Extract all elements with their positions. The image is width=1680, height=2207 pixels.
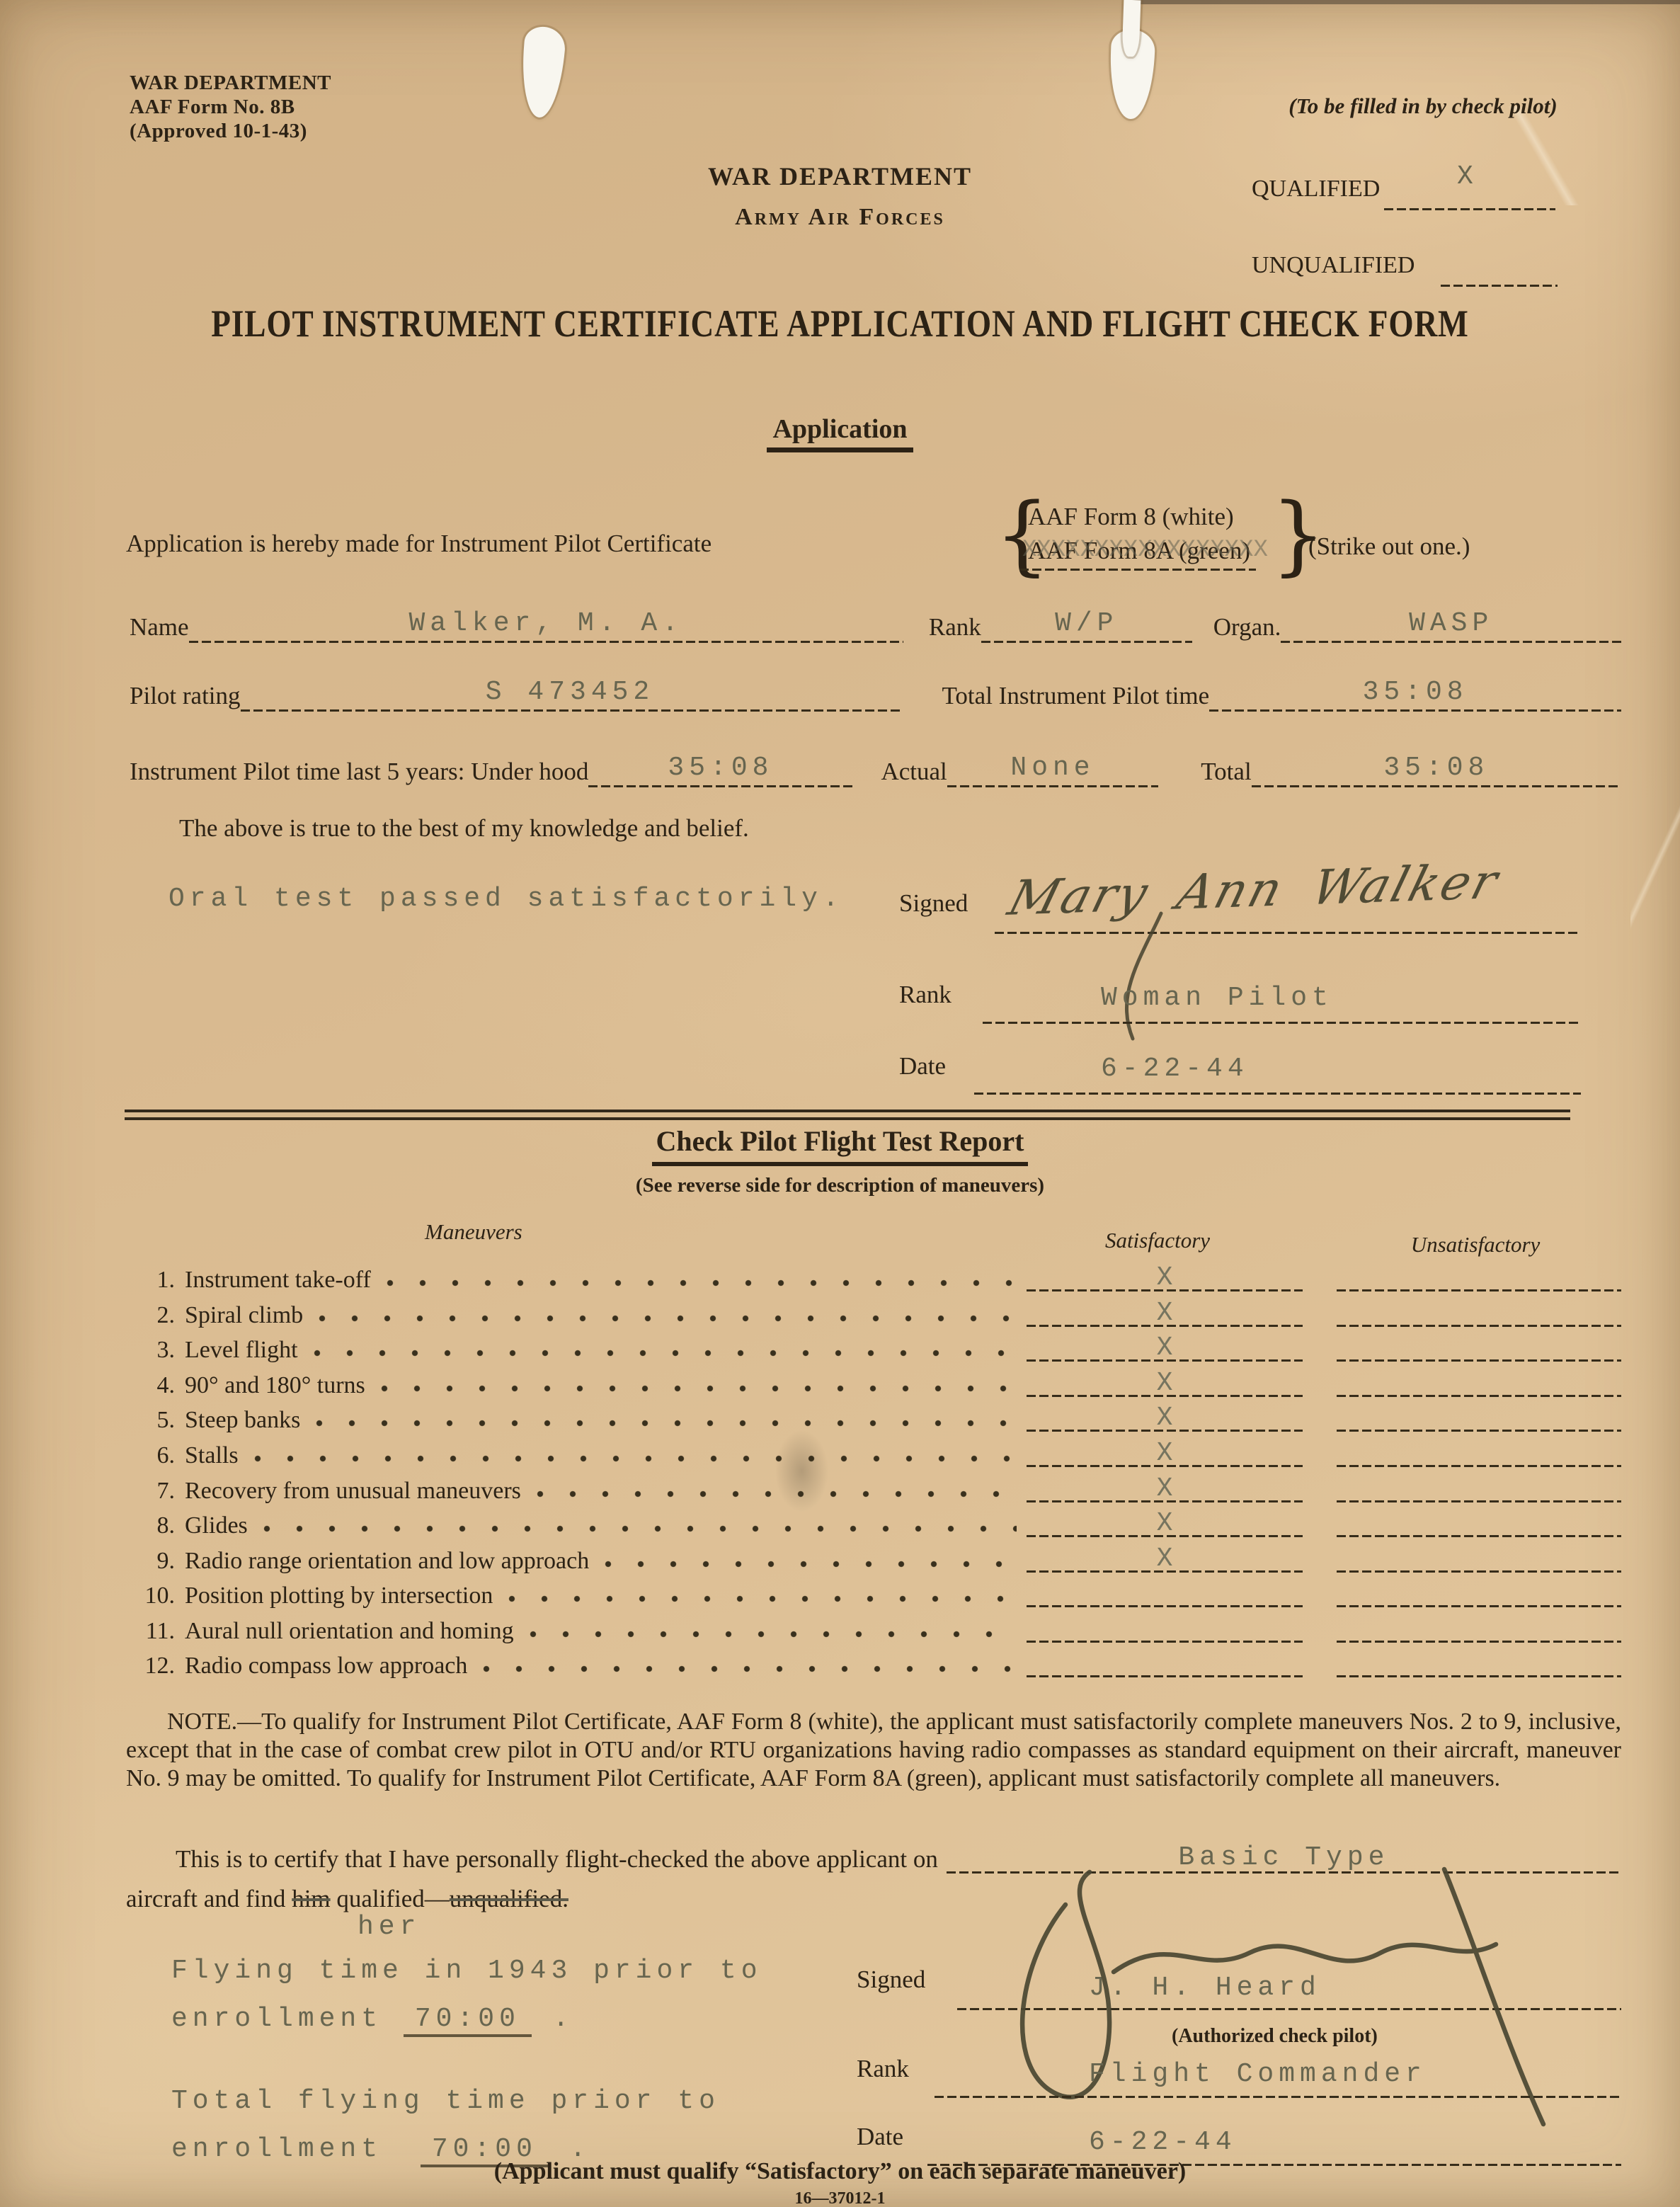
total-flying-time-line1: Total flying time prior to <box>171 2086 720 2116</box>
header-army-air-forces: Army Air Forces <box>0 204 1680 231</box>
maneuver-row-9: 9. Radio range orientation and low appro… <box>130 1543 1621 1577</box>
dot-leader <box>481 1664 1017 1673</box>
certify-text-1: This is to certify that I have personall… <box>126 1845 938 1874</box>
applicant-signature-line <box>995 932 1581 934</box>
satisfactory-cell: X <box>1027 1402 1303 1436</box>
unsatisfactory-cell <box>1337 1507 1621 1541</box>
applicant-rank-value: Woman Pilot <box>1101 983 1333 1013</box>
maneuver-row-7: 7. Recovery from unusual maneuvers X <box>130 1473 1621 1507</box>
maneuver-row-3: 3. Level flight X <box>130 1332 1621 1366</box>
maneuver-number: 8. <box>130 1510 175 1541</box>
maneuver-label: Recovery from unusual maneuvers <box>185 1476 521 1507</box>
report-subheading: (See reverse side for description of man… <box>0 1174 1680 1197</box>
maneuver-label: Instrument take-off <box>185 1265 371 1296</box>
satisfactory-cell: X <box>1027 1297 1303 1331</box>
total-instrument-time-label: Total Instrument Pilot time <box>942 679 1210 713</box>
form-title: PILOT INSTRUMENT CERTIFICATE APPLICATION… <box>211 302 1469 346</box>
rank-field: W/P <box>981 608 1192 644</box>
punch-hole-left <box>518 25 567 120</box>
unsatisfactory-cell <box>1337 1402 1621 1436</box>
dot-leader <box>379 1384 1017 1393</box>
scanned-form-paper: WAR DEPARTMENT AAF Form No. 8B (Approved… <box>0 0 1680 2207</box>
maneuver-row-12: 12. Radio compass low approach <box>130 1648 1621 1682</box>
rank-label: Rank <box>929 610 981 644</box>
header-war-department: WAR DEPARTMENT <box>0 161 1680 191</box>
satisfactory-mark: X <box>1027 1298 1303 1328</box>
unsatisfactory-cell <box>1337 1437 1621 1471</box>
col-header-satisfactory: Satisfactory <box>1019 1228 1296 1253</box>
satisfactory-mark: X <box>1027 1438 1303 1469</box>
satisfactory-cell <box>1027 1613 1303 1647</box>
maneuver-number: 11. <box>130 1616 175 1647</box>
pilot-rating-field: S 473452 <box>241 676 900 713</box>
unsatisfactory-cell <box>1337 1473 1621 1507</box>
option-form-8-white: AAF Form 8 (white) <box>1028 500 1250 534</box>
maneuver-number: 3. <box>130 1335 175 1366</box>
dot-leader <box>314 1418 1017 1427</box>
unsatisfactory-cell <box>1337 1648 1621 1682</box>
dot-leader <box>507 1594 1017 1603</box>
application-heading-wrap: Application <box>0 414 1680 452</box>
total-instrument-time-field: 35:08 <box>1209 676 1621 713</box>
maneuver-number: 4. <box>130 1370 175 1401</box>
total-label: Total <box>1201 755 1251 789</box>
unsatisfactory-cell <box>1337 1297 1621 1331</box>
strike-out-instruction: (Strike out one.) <box>1308 532 1470 561</box>
section-divider-top <box>125 1110 1570 1112</box>
maneuver-label: Level flight <box>185 1335 298 1366</box>
satisfactory-mark: X <box>1027 1262 1303 1293</box>
report-heading: Check Pilot Flight Test Report <box>652 1124 1029 1166</box>
col-header-unsatisfactory: Unsatisfactory <box>1330 1232 1621 1258</box>
unsatisfactory-cell <box>1337 1578 1621 1612</box>
maneuver-label: Position plotting by intersection <box>185 1580 493 1612</box>
dot-leader <box>317 1313 1017 1323</box>
maneuver-number: 2. <box>130 1300 175 1331</box>
maneuver-number: 12. <box>130 1650 175 1682</box>
unsatisfactory-cell <box>1337 1367 1621 1401</box>
under-hood-field: 35:08 <box>588 752 852 789</box>
maneuver-label: Steep banks <box>185 1405 300 1436</box>
satisfactory-cell <box>1027 1578 1303 1612</box>
truth-statement: The above is true to the best of my know… <box>179 814 749 843</box>
last-5-years-label: Instrument Pilot time last 5 years: Unde… <box>130 755 588 789</box>
name-label: Name <box>130 610 189 644</box>
total-value: 35:08 <box>1383 753 1489 783</box>
applicant-rank-label: Rank <box>899 981 952 1009</box>
form-id-stamp: WAR DEPARTMENT AAF Form No. 8B (Approved… <box>130 71 331 143</box>
satisfactory-cell: X <box>1027 1437 1303 1471</box>
him-word-struck: him <box>292 1885 330 1912</box>
actual-field: None <box>947 752 1158 789</box>
satisfactory-cell: X <box>1027 1367 1303 1401</box>
satisfactory-cell <box>1027 1648 1303 1682</box>
dot-leader <box>253 1454 1017 1463</box>
satisfactory-mark: X <box>1027 1368 1303 1398</box>
col-header-maneuvers: Maneuvers <box>425 1219 522 1245</box>
check-pilot-signed-label: Signed <box>857 1966 925 1994</box>
maneuver-number: 6. <box>130 1440 175 1471</box>
name-field: Walker, M. A. <box>189 608 903 644</box>
certify-line-2: aircraft and find him qualified—unqualif… <box>126 1885 568 1913</box>
satisfactory-mark: X <box>1027 1333 1303 1363</box>
maneuver-row-6: 6. Stalls X <box>130 1437 1621 1471</box>
unsatisfactory-cell <box>1337 1262 1621 1296</box>
check-pilot-rank-label: Rank <box>857 2055 909 2083</box>
unsatisfactory-cell <box>1337 1332 1621 1366</box>
maneuver-label: Aural null orientation and homing <box>185 1616 514 1647</box>
satisfactory-cell: X <box>1027 1332 1303 1366</box>
check-pilot-fill-note: (To be filled in by check pilot) <box>1274 92 1572 120</box>
actual-label: Actual <box>881 755 947 789</box>
maneuver-row-5: 5. Steep banks X <box>130 1402 1621 1436</box>
pilot-rating-label: Pilot rating <box>130 679 241 713</box>
applicant-date-value: 6-22-44 <box>1101 1054 1249 1084</box>
check-pilot-signature-scrawl <box>945 1841 1596 2145</box>
dot-leader <box>262 1524 1017 1533</box>
satisfactory-cell: X <box>1027 1507 1303 1541</box>
applicant-rank-line <box>983 1022 1581 1024</box>
organ-value: WASP <box>1409 608 1493 639</box>
applicant-signed-label: Signed <box>899 889 968 918</box>
flying-time-1943-line2: enrollment 70:00 . <box>171 2004 574 2034</box>
report-heading-wrap: Check Pilot Flight Test Report <box>0 1124 1680 1166</box>
certify-text-2: aircraft and find <box>126 1885 285 1912</box>
application-intro: Application is hereby made for Instrumen… <box>126 530 712 558</box>
maneuver-row-2: 2. Spiral climb X <box>130 1297 1621 1331</box>
unsatisfactory-cell <box>1337 1543 1621 1577</box>
option-strikeout-xs: XXXXXXXXXXXXXXXXX <box>1022 537 1268 564</box>
unqualified-word-struck: unqualified. <box>450 1885 568 1912</box>
maneuver-number: 7. <box>130 1476 175 1507</box>
form-title-wrap: PILOT INSTRUMENT CERTIFICATE APPLICATION… <box>0 302 1680 346</box>
unqualified-label: UNQUALIFIED <box>1252 252 1415 279</box>
applicant-date-label: Date <box>899 1052 946 1080</box>
print-code: 16—37012-1 <box>0 2189 1680 2207</box>
satisfactory-mark: X <box>1027 1403 1303 1433</box>
maneuver-row-1: 1. Instrument take-off X <box>130 1262 1621 1296</box>
satisfactory-cell: X <box>1027 1543 1303 1577</box>
maneuver-row-8: 8. Glides X <box>130 1507 1621 1541</box>
satisfactory-mark: X <box>1027 1473 1303 1504</box>
maneuver-number: 5. <box>130 1405 175 1436</box>
certificate-options: AAF Form 8 (white) AAF Form 8A (green) X… <box>1028 500 1250 568</box>
dot-leader <box>535 1489 1017 1498</box>
qualified-word: qualified <box>336 1885 424 1912</box>
applicant-date-line <box>974 1093 1581 1095</box>
maneuver-label: Stalls <box>185 1440 239 1471</box>
period: . <box>553 2004 574 2034</box>
flying-time-1943-line1: Flying time in 1943 prior to <box>171 1956 762 1986</box>
organ-label: Organ. <box>1213 610 1281 644</box>
maneuver-number: 9. <box>130 1546 175 1577</box>
satisfactory-mark: X <box>1027 1508 1303 1539</box>
dot-leader <box>312 1348 1017 1357</box>
oral-test-note: Oral test passed satisfactorily. <box>168 884 844 914</box>
dot-leader <box>528 1629 1017 1638</box>
dot-leader <box>385 1278 1017 1287</box>
satisfactory-cell: X <box>1027 1262 1303 1296</box>
organ-field: WASP <box>1281 608 1621 644</box>
stamp-approved: (Approved 10-1-43) <box>130 119 331 143</box>
unqualified-line <box>1441 285 1558 287</box>
maneuver-label: Radio range orientation and low approach <box>185 1546 589 1577</box>
total-field: 35:08 <box>1252 752 1621 789</box>
maneuver-label: Radio compass low approach <box>185 1650 467 1682</box>
maneuver-row-10: 10. Position plotting by intersection <box>130 1578 1621 1612</box>
note-paragraph: NOTE.—To qualify for Instrument Pilot Ce… <box>126 1708 1621 1793</box>
qualify-footer-note: (Applicant must qualify “Satisfactory” o… <box>0 2158 1680 2185</box>
maneuver-label: 90° and 180° turns <box>185 1370 365 1401</box>
applicant-signature-tail <box>1094 910 1193 1044</box>
pilot-rating-row: Pilot rating S 473452 Total Instrument P… <box>130 676 1621 713</box>
check-pilot-rank-line <box>935 2096 1621 2098</box>
actual-value: None <box>1010 753 1095 783</box>
check-pilot-date-value: 6-22-44 <box>1089 2127 1237 2157</box>
top-edge-shadow <box>1133 0 1680 4</box>
authorized-check-pilot-note: (Authorized check pilot) <box>1172 2025 1378 2048</box>
name-rank-organ-row: Name Walker, M. A. Rank W/P Organ. WASP <box>130 608 1621 644</box>
rank-value: W/P <box>1055 608 1118 639</box>
stamp-dept: WAR DEPARTMENT <box>130 71 331 95</box>
dot-leader <box>603 1559 1017 1568</box>
check-pilot-rank-value: Flight Commander <box>1089 2059 1427 2089</box>
under-hood-value: 35:08 <box>668 753 773 783</box>
last-5-years-row: Instrument Pilot time last 5 years: Unde… <box>130 752 1621 789</box>
maneuver-label: Spiral climb <box>185 1300 303 1331</box>
enrollment-label: enrollment <box>171 2004 382 2034</box>
qualified-dash: — <box>425 1885 450 1912</box>
applicant-signature: Mary Ann Walker <box>1002 854 1505 927</box>
total-instrument-time-value: 35:08 <box>1363 677 1468 707</box>
check-pilot-date-label: Date <box>857 2123 903 2151</box>
maneuver-row-11: 11. Aural null orientation and homing <box>130 1613 1621 1647</box>
stamp-form-no: AAF Form No. 8B <box>130 95 331 119</box>
maneuver-row-4: 4. 90° and 180° turns X <box>130 1367 1621 1401</box>
name-value: Walker, M. A. <box>409 608 683 639</box>
satisfactory-mark: X <box>1027 1544 1303 1574</box>
unsatisfactory-cell <box>1337 1613 1621 1647</box>
maneuver-label: Glides <box>185 1510 248 1541</box>
flying-time-1943-value: 70:00 <box>404 2004 532 2037</box>
application-heading: Application <box>767 414 913 452</box>
fold-right-edge <box>1630 800 1680 935</box>
maneuver-number: 1. <box>130 1265 175 1296</box>
her-word-typed: her <box>358 1912 421 1942</box>
option-strikeout-underline <box>1019 569 1256 571</box>
satisfactory-cell: X <box>1027 1473 1303 1507</box>
maneuver-number: 10. <box>130 1580 175 1612</box>
pilot-rating-value: S 473452 <box>486 677 654 707</box>
section-divider-bottom <box>125 1117 1570 1120</box>
